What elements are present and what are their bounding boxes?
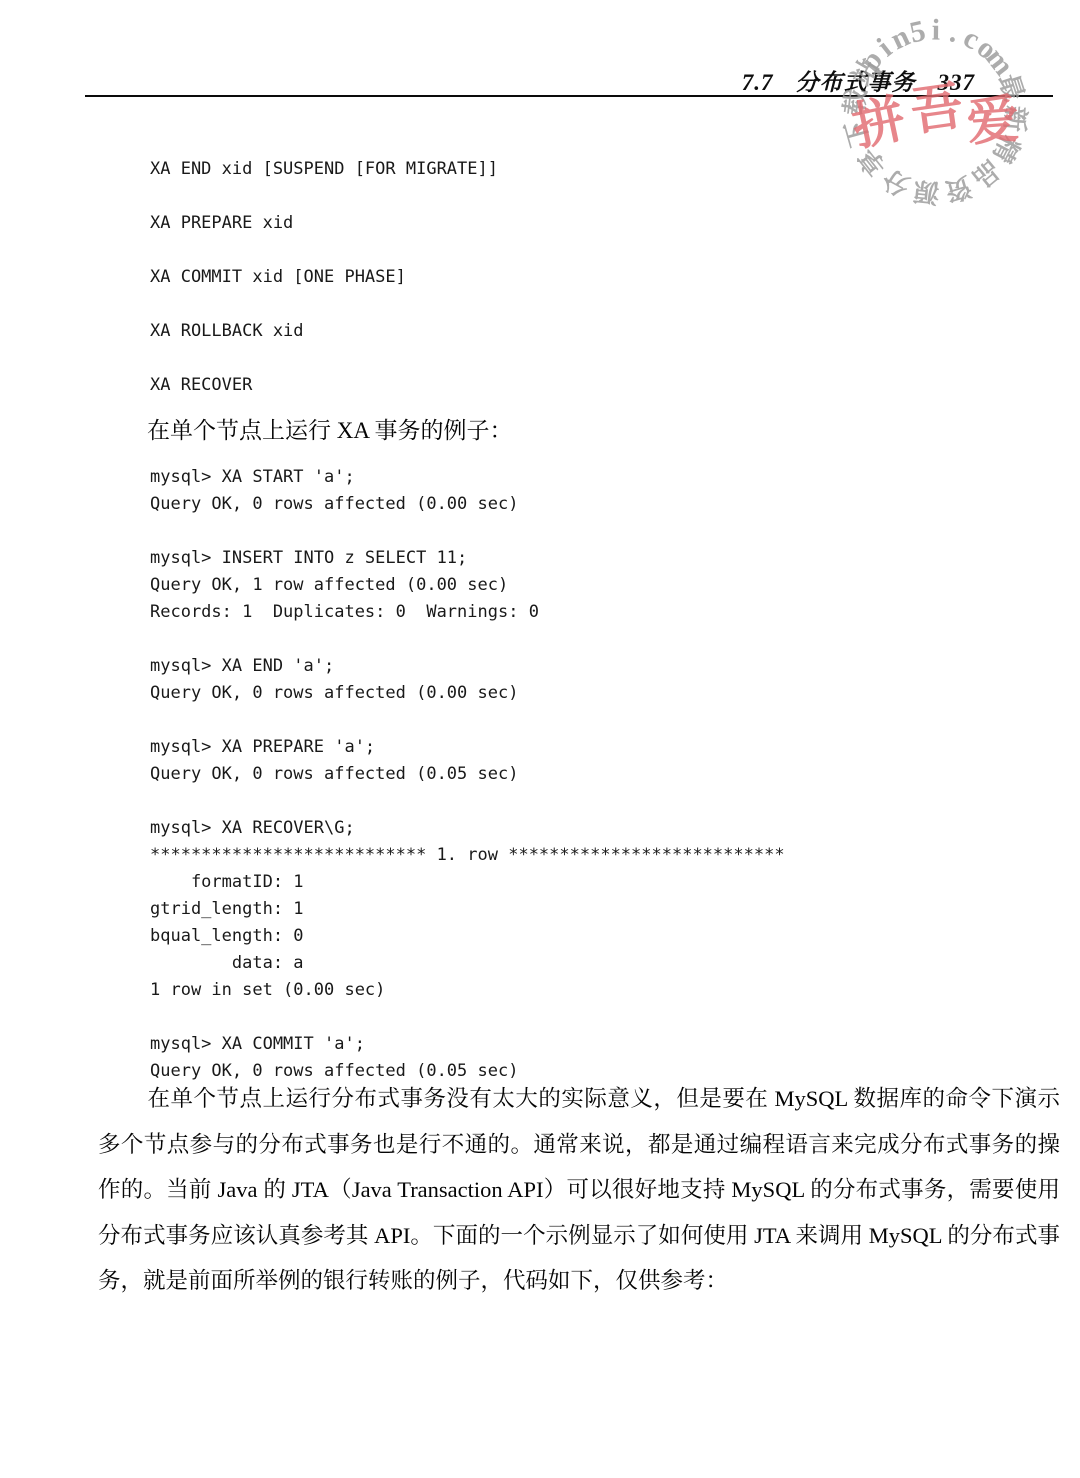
svg-text:n: n xyxy=(886,19,915,56)
svg-text:最: 最 xyxy=(993,70,1029,104)
svg-text:m: m xyxy=(979,42,1020,82)
page-number: 337 xyxy=(938,70,976,95)
xa-syntax-code-block: XA END xid [SUSPEND [FOR MIGRATE]] XA PR… xyxy=(150,156,498,399)
svg-text:享: 享 xyxy=(852,142,892,181)
watermark-stamp: pin5i.com 最新精品资源分享下载站 拼吾爱 xyxy=(785,0,1080,262)
example-heading: 在单个节点上运行 XA 事务的例子： xyxy=(147,412,512,445)
section-number: 7.7 xyxy=(742,70,774,95)
svg-text:品: 品 xyxy=(967,154,1006,193)
section-title: 分布式事务 xyxy=(796,70,916,95)
mysql-session-code-block: mysql> XA START 'a'; Query OK, 0 rows af… xyxy=(150,464,785,1085)
svg-text:爱: 爱 xyxy=(965,92,1021,152)
running-head: 7.7分布式事务337 xyxy=(742,64,975,97)
body-paragraph: 在单个节点上运行分布式事务没有太大的实际意义，但是要在 MySQL 数据库的命令… xyxy=(98,1076,1060,1304)
svg-text:o: o xyxy=(971,31,1004,66)
svg-text:新: 新 xyxy=(999,105,1030,133)
header-rule xyxy=(85,95,1053,97)
svg-text:资: 资 xyxy=(941,171,976,208)
svg-text:分: 分 xyxy=(878,163,915,202)
svg-text:下: 下 xyxy=(840,117,875,150)
svg-text:5: 5 xyxy=(907,14,929,49)
svg-text:.: . xyxy=(947,15,962,49)
svg-text:c: c xyxy=(958,21,985,56)
svg-text:源: 源 xyxy=(911,176,941,208)
svg-text:i: i xyxy=(932,13,941,46)
svg-text:i: i xyxy=(871,32,898,63)
svg-text:精: 精 xyxy=(987,131,1025,167)
book-page: 7.7分布式事务337 XA END xid [SUSPEND [FOR MIG… xyxy=(0,0,1080,1478)
svg-text:拼: 拼 xyxy=(847,90,910,158)
